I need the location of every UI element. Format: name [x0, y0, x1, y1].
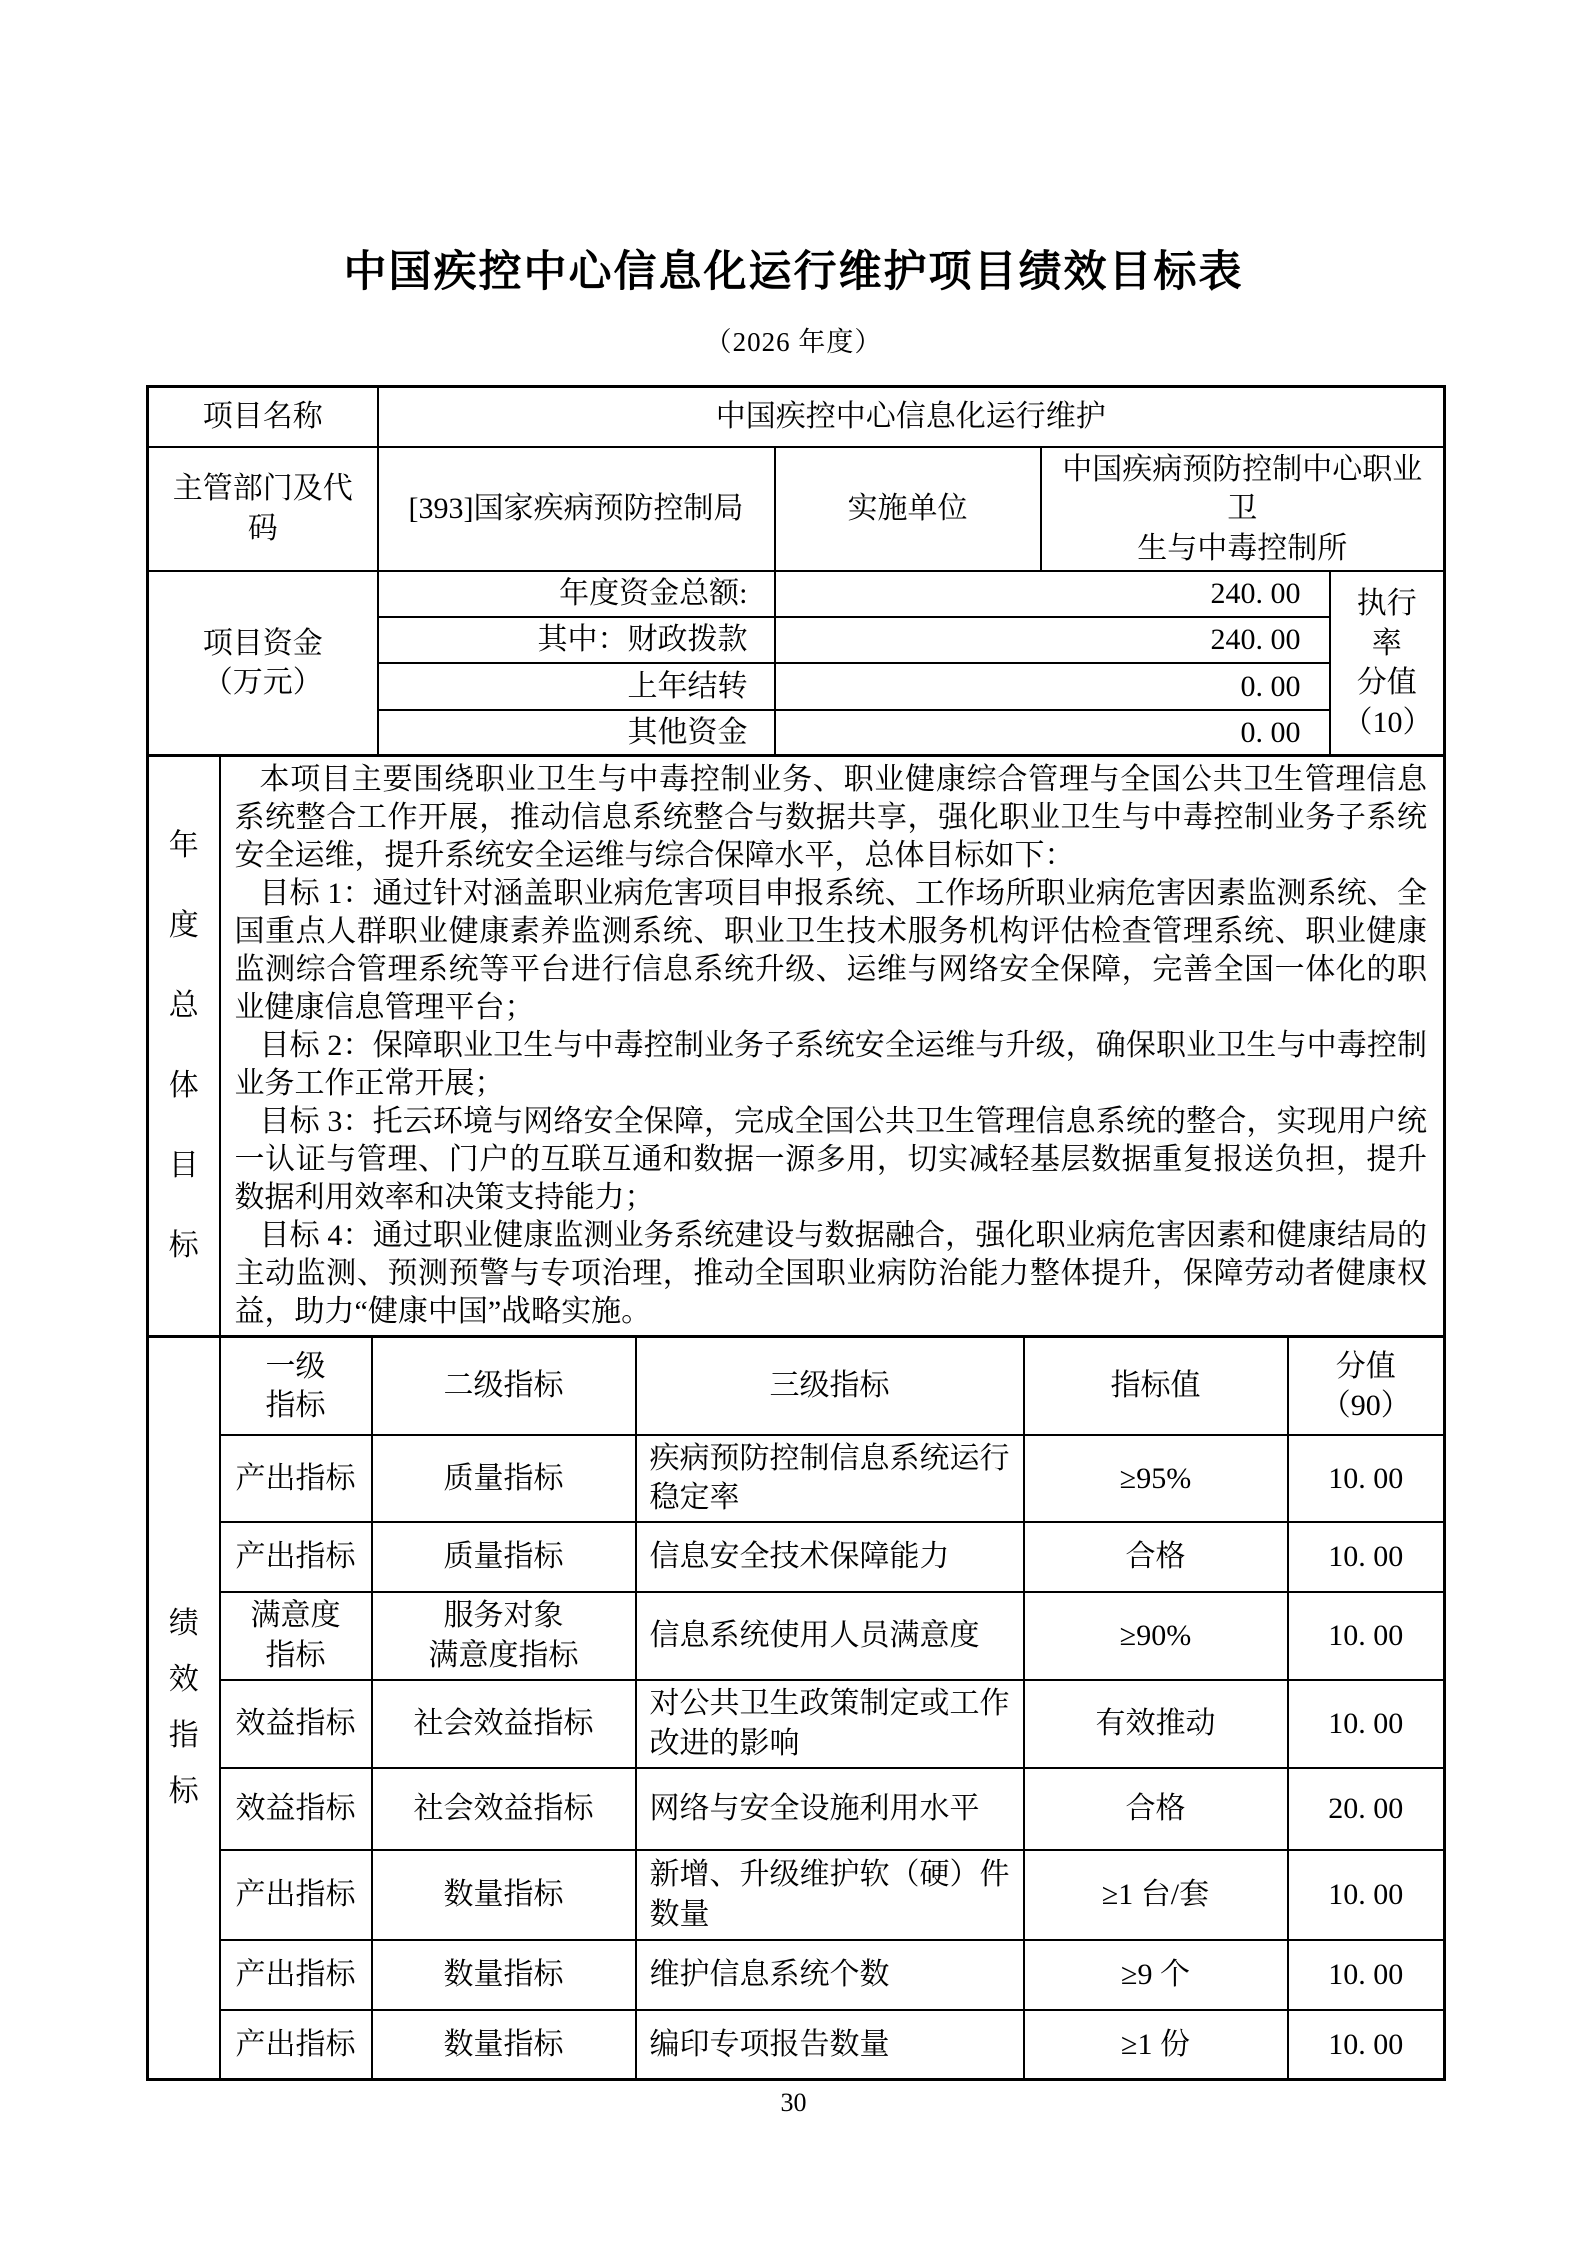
indicator-target: ≥1 台/套 — [1024, 1850, 1288, 1940]
goals-paragraph: 目标 3：托云环境与网络安全保障，完成全国公共卫生管理信息系统的整合，实现用户统… — [235, 1103, 1428, 1217]
funding-row-label: 其中：财政拨款 — [378, 617, 775, 663]
goals-paragraph: 目标 1：通过针对涵盖职业病危害项目申报系统、工作场所职业病危害因素监测系统、全… — [235, 875, 1428, 1027]
indicators-table: 绩效指标 一级 指标 二级指标 三级指标 指标值 分值 （90） 产出指标 质量… — [146, 1335, 1446, 2081]
indicator-score: 10. 00 — [1288, 1592, 1445, 1680]
indicator-score: 10. 00 — [1288, 2010, 1445, 2080]
indicator-level2: 质量指标 — [372, 1522, 636, 1592]
indicator-level2: 质量指标 — [372, 1435, 636, 1522]
indicator-level3: 疾病预防控制信息系统运行稳定率 — [636, 1435, 1024, 1522]
execution-rate-score-cell: 执行率 分值 （10） — [1330, 571, 1445, 756]
indicator-row: 产出指标 数量指标 新增、升级维护软（硬）件数量 ≥1 台/套 10. 00 — [148, 1850, 1445, 1940]
indicator-score: 10. 00 — [1288, 1435, 1445, 1522]
annual-goals-side-label-cell: 年度总体目标 — [148, 756, 220, 1337]
indicator-level3: 编印专项报告数量 — [636, 2010, 1024, 2080]
impl-unit-value-cell: 中国疾病预防控制中心职业卫 生与中毒控制所 — [1041, 447, 1445, 572]
funding-row-value: 240. 00 — [775, 617, 1330, 663]
indicator-level1: 产出指标 — [220, 2010, 372, 2080]
indicator-level3: 对公共卫生政策制定或工作改进的影响 — [636, 1680, 1024, 1768]
indicator-score: 10. 00 — [1288, 1850, 1445, 1940]
indicator-level3: 信息系统使用人员满意度 — [636, 1592, 1024, 1680]
indicator-row: 产出指标 质量指标 疾病预防控制信息系统运行稳定率 ≥95% 10. 00 — [148, 1435, 1445, 1522]
performance-table: 项目名称 中国疾控中心信息化运行维护 主管部门及代码 [393]国家疾病预防控制… — [146, 385, 1443, 2081]
indicator-target: 合格 — [1024, 1768, 1288, 1850]
indicators-side-label-cell: 绩效指标 — [148, 1337, 220, 2080]
indicator-level3: 信息安全技术保障能力 — [636, 1522, 1024, 1592]
indicator-row: 产出指标 质量指标 信息安全技术保障能力 合格 10. 00 — [148, 1522, 1445, 1592]
header-level1: 一级 指标 — [220, 1337, 372, 1435]
indicator-score: 10. 00 — [1288, 1940, 1445, 2010]
indicator-level2: 服务对象 满意度指标 — [372, 1592, 636, 1680]
indicator-target: 合格 — [1024, 1522, 1288, 1592]
indicator-target: ≥9 个 — [1024, 1940, 1288, 2010]
funding-row-value: 0. 00 — [775, 710, 1330, 756]
header-score: 分值 （90） — [1288, 1337, 1445, 1435]
goals-paragraph: 本项目主要围绕职业卫生与中毒控制业务、职业健康综合管理与全国公共卫生管理信息系统… — [235, 761, 1428, 875]
indicator-level1: 产出指标 — [220, 1435, 372, 1522]
indicator-level1: 产出指标 — [220, 1940, 372, 2010]
indicator-score: 10. 00 — [1288, 1522, 1445, 1592]
indicator-level2: 数量指标 — [372, 1940, 636, 2010]
indicator-row: 产出指标 数量指标 编印专项报告数量 ≥1 份 10. 00 — [148, 2010, 1445, 2080]
goals-paragraph: 目标 2：保障职业卫生与中毒控制业务子系统安全运维与升级，确保职业卫生与中毒控制… — [235, 1027, 1428, 1103]
annual-goals-table: 年度总体目标 本项目主要围绕职业卫生与中毒控制业务、职业健康综合管理与全国公共卫… — [146, 754, 1446, 1338]
indicator-target: 有效推动 — [1024, 1680, 1288, 1768]
indicator-target: ≥90% — [1024, 1592, 1288, 1680]
funding-row-label: 其他资金 — [378, 710, 775, 756]
indicator-level2: 数量指标 — [372, 2010, 636, 2080]
indicators-side-label: 绩效指标 — [167, 1596, 201, 1820]
header-level3: 三级指标 — [636, 1337, 1024, 1435]
indicator-level1: 满意度 指标 — [220, 1592, 372, 1680]
document-title: 中国疾控中心信息化运行维护项目绩效目标表 — [0, 238, 1587, 299]
indicator-level3: 网络与安全设施利用水平 — [636, 1768, 1024, 1850]
header-level2: 二级指标 — [372, 1337, 636, 1435]
project-name-label-cell: 项目名称 — [148, 387, 378, 447]
indicator-score: 10. 00 — [1288, 1680, 1445, 1768]
indicator-level1: 产出指标 — [220, 1522, 372, 1592]
funding-row-label: 上年结转 — [378, 663, 775, 710]
annual-goals-side-label: 年度总体目标 — [167, 806, 201, 1286]
indicator-level2: 社会效益指标 — [372, 1768, 636, 1850]
indicator-level1: 效益指标 — [220, 1680, 372, 1768]
indicator-target: ≥95% — [1024, 1435, 1288, 1522]
indicator-level2: 数量指标 — [372, 1850, 636, 1940]
annual-goals-text-cell: 本项目主要围绕职业卫生与中毒控制业务、职业健康综合管理与全国公共卫生管理信息系统… — [220, 756, 1445, 1337]
indicator-row: 满意度 指标 服务对象 满意度指标 信息系统使用人员满意度 ≥90% 10. 0… — [148, 1592, 1445, 1680]
dept-label-cell: 主管部门及代码 — [148, 447, 378, 572]
page-number: 30 — [0, 2088, 1587, 2118]
indicator-score: 20. 00 — [1288, 1768, 1445, 1850]
project-name-value-cell: 中国疾控中心信息化运行维护 — [378, 387, 1445, 447]
funding-row-label: 年度资金总额: — [378, 571, 775, 617]
indicator-level1: 效益指标 — [220, 1768, 372, 1850]
funding-row-value: 240. 00 — [775, 571, 1330, 617]
indicator-target: ≥1 份 — [1024, 2010, 1288, 2080]
funding-side-label-cell: 项目资金 （万元） — [148, 571, 378, 756]
document-subtitle: （2026 年度） — [0, 320, 1587, 359]
indicator-level1: 产出指标 — [220, 1850, 372, 1940]
indicator-row: 效益指标 社会效益指标 对公共卫生政策制定或工作改进的影响 有效推动 10. 0… — [148, 1680, 1445, 1768]
header-target: 指标值 — [1024, 1337, 1288, 1435]
funding-row-value: 0. 00 — [775, 663, 1330, 710]
indicator-level2: 社会效益指标 — [372, 1680, 636, 1768]
indicator-level3: 维护信息系统个数 — [636, 1940, 1024, 2010]
dept-value-cell: [393]国家疾病预防控制局 — [378, 447, 775, 572]
impl-unit-label-cell: 实施单位 — [775, 447, 1041, 572]
indicator-level3: 新增、升级维护软（硬）件数量 — [636, 1850, 1024, 1940]
document-page: 中国疾控中心信息化运行维护项目绩效目标表 （2026 年度） 项目名称 中国疾控… — [0, 0, 1587, 2245]
indicator-row: 产出指标 数量指标 维护信息系统个数 ≥9 个 10. 00 — [148, 1940, 1445, 2010]
indicator-row: 效益指标 社会效益指标 网络与安全设施利用水平 合格 20. 00 — [148, 1768, 1445, 1850]
info-funding-table: 项目名称 中国疾控中心信息化运行维护 主管部门及代码 [393]国家疾病预防控制… — [146, 385, 1446, 757]
goals-paragraph: 目标 4：通过职业健康监测业务系统建设与数据融合，强化职业病危害因素和健康结局的… — [235, 1217, 1428, 1331]
